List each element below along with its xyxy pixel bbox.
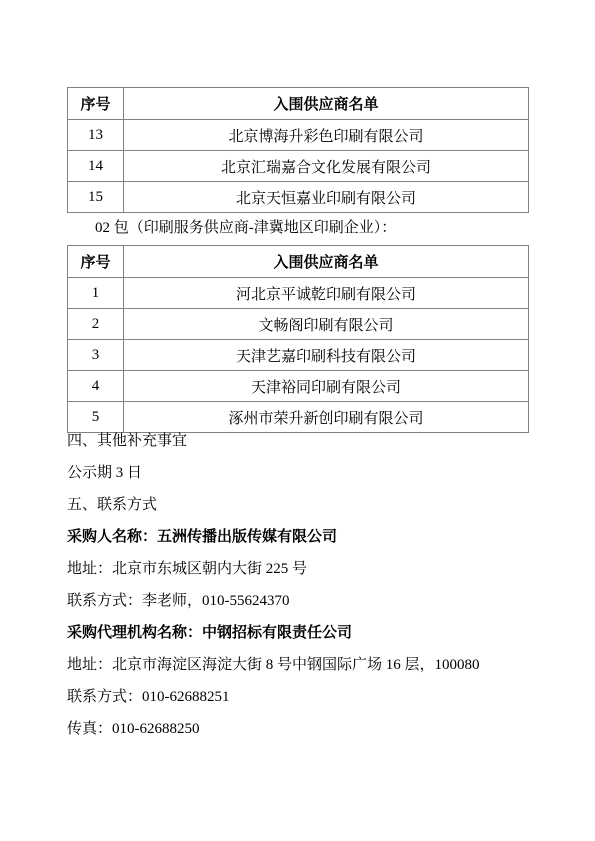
suppliers-table-beijing: 序号 入围供应商名单 13 北京博海升彩色印刷有限公司 14 北京汇瑞嘉合文化发…: [67, 87, 529, 213]
col-header-index: 序号: [68, 246, 124, 278]
table-header-row: 序号 入围供应商名单: [68, 88, 529, 120]
table-row: 4 天津裕同印刷有限公司: [68, 371, 529, 402]
purchaser-contact-text: 联系方式：李老师，010-55624370: [67, 593, 529, 610]
table-row: 3 天津艺嘉印刷科技有限公司: [68, 340, 529, 371]
agency-fax-text: 传真：010-62688250: [67, 721, 529, 738]
row-index-cell: 5: [68, 402, 124, 433]
table-row: 13 北京博海升彩色印刷有限公司: [68, 120, 529, 151]
agency-address-text: 地址：北京市海淀区海淀大街 8 号中钢国际广场 16 层，100080: [67, 657, 529, 674]
table-row: 5 涿州市荣升新创印刷有限公司: [68, 402, 529, 433]
table-row: 2 文畅阁印刷有限公司: [68, 309, 529, 340]
table-row: 15 北京天恒嘉业印刷有限公司: [68, 182, 529, 213]
table-header-row: 序号 入围供应商名单: [68, 246, 529, 278]
package-2-label: 02 包（印刷服务供应商-津冀地区印刷企业）：: [67, 220, 529, 237]
row-index-cell: 14: [68, 151, 124, 182]
purchaser-name-text: 采购人名称：五洲传播出版传媒有限公司: [67, 529, 529, 546]
table-row: 14 北京汇瑞嘉合文化发展有限公司: [68, 151, 529, 182]
supplier-name-cell: 天津裕同印刷有限公司: [124, 371, 529, 402]
row-index-cell: 1: [68, 278, 124, 309]
supplier-name-cell: 河北京平诚乾印刷有限公司: [124, 278, 529, 309]
row-index-cell: 3: [68, 340, 124, 371]
col-header-supplier-list: 入围供应商名单: [124, 88, 529, 120]
col-header-index: 序号: [68, 88, 124, 120]
row-index-cell: 2: [68, 309, 124, 340]
supplier-name-cell: 北京天恒嘉业印刷有限公司: [124, 182, 529, 213]
supplier-name-cell: 涿州市荣升新创印刷有限公司: [124, 402, 529, 433]
document-content: 序号 入围供应商名单 13 北京博海升彩色印刷有限公司 14 北京汇瑞嘉合文化发…: [67, 87, 529, 753]
col-header-supplier-list: 入围供应商名单: [124, 246, 529, 278]
agency-name-text: 采购代理机构名称：中钢招标有限责任公司: [67, 625, 529, 642]
supplier-name-cell: 天津艺嘉印刷科技有限公司: [124, 340, 529, 371]
section-contact-title: 五、联系方式: [67, 497, 529, 514]
purchaser-address-text: 地址：北京市东城区朝内大街 225 号: [67, 561, 529, 578]
suppliers-table-jinji: 序号 入围供应商名单 1 河北京平诚乾印刷有限公司 2 文畅阁印刷有限公司 3 …: [67, 245, 529, 433]
document-page: 序号 入围供应商名单 13 北京博海升彩色印刷有限公司 14 北京汇瑞嘉合文化发…: [0, 0, 595, 841]
table-row: 1 河北京平诚乾印刷有限公司: [68, 278, 529, 309]
row-index-cell: 4: [68, 371, 124, 402]
row-index-cell: 13: [68, 120, 124, 151]
row-index-cell: 15: [68, 182, 124, 213]
section-other-matters-title: 四、其他补充事宜: [67, 433, 529, 450]
supplier-name-cell: 北京博海升彩色印刷有限公司: [124, 120, 529, 151]
supplier-name-cell: 文畅阁印刷有限公司: [124, 309, 529, 340]
publicity-period-text: 公示期 3 日: [67, 465, 529, 482]
agency-contact-text: 联系方式：010-62688251: [67, 689, 529, 706]
supplier-name-cell: 北京汇瑞嘉合文化发展有限公司: [124, 151, 529, 182]
